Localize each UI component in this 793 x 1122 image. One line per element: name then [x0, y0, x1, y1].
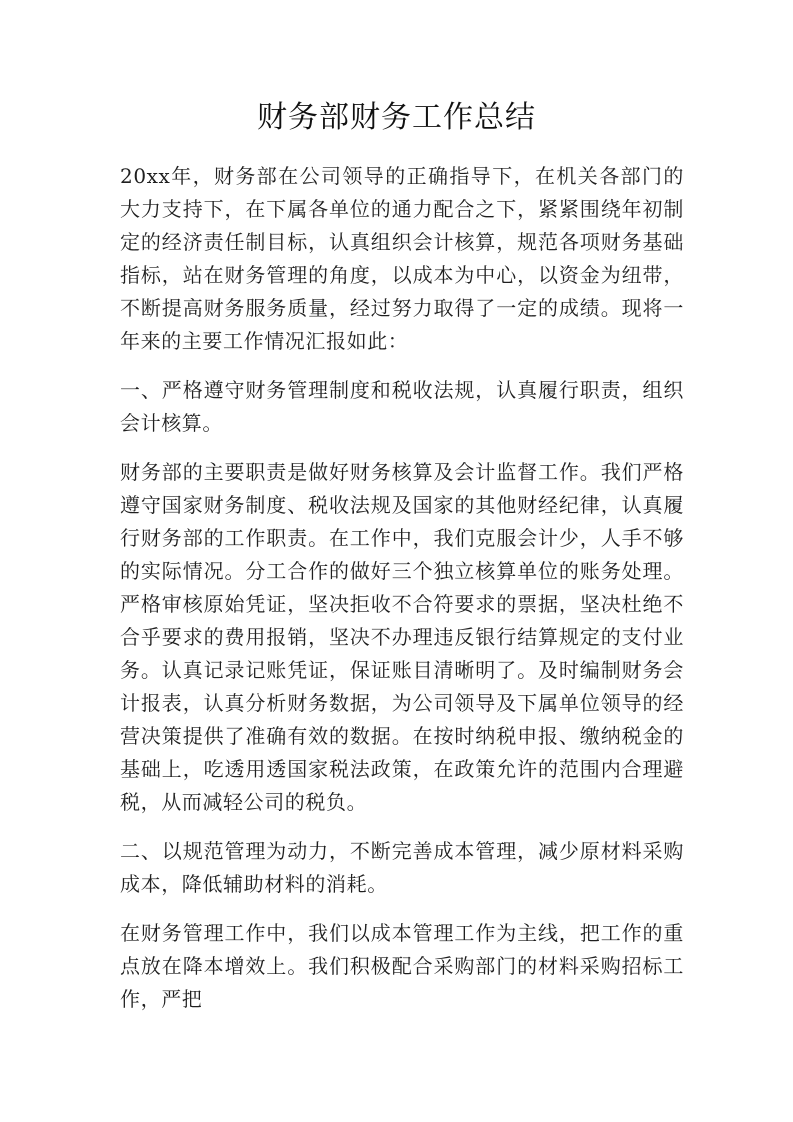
section-1-paragraph: 财务部的主要职责是做好财务核算及会计监督工作。我们严格遵守国家财务制度、税收法规… [120, 456, 684, 819]
section-heading-2: 二、以规范管理为动力，不断完善成本管理，减少原材料采购成本，降低辅助材料的消耗。 [120, 835, 684, 901]
section-2-paragraph: 在财务管理工作中，我们以成本管理工作为主线，把工作的重点放在降本增效上。我们积极… [120, 917, 684, 1016]
section-heading-1: 一、严格遵守财务管理制度和税收法规，认真履行职责，组织会计核算。 [120, 374, 684, 440]
document-page: 财务部财务工作总结 20xx年，财务部在公司领导的正确指导下，在机关各部门的大力… [0, 0, 793, 1122]
document-title: 财务部财务工作总结 [0, 96, 793, 140]
intro-paragraph: 20xx年，财务部在公司领导的正确指导下，在机关各部门的大力支持下，在下属各单位… [120, 160, 684, 358]
document-body: 20xx年，财务部在公司领导的正确指导下，在机关各部门的大力支持下，在下属各单位… [120, 160, 684, 1032]
